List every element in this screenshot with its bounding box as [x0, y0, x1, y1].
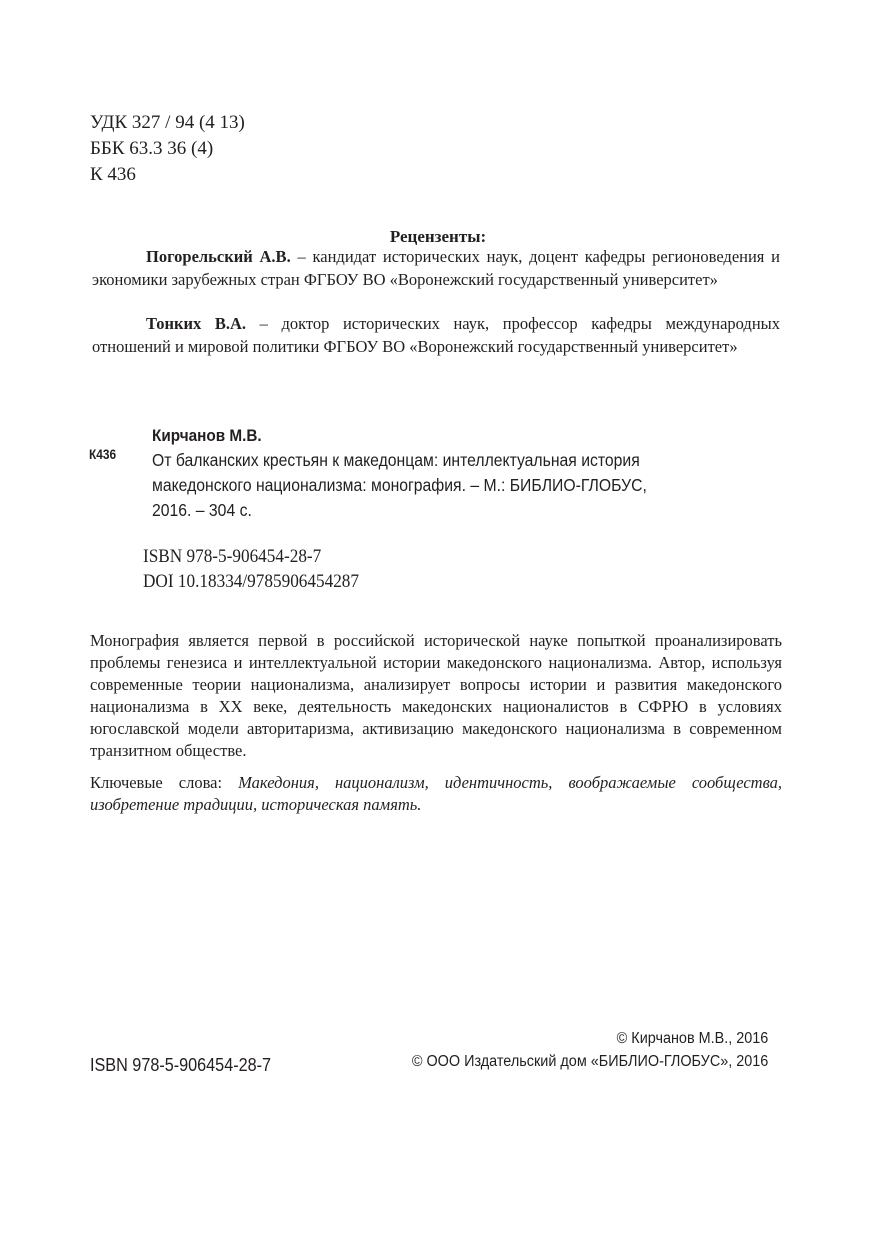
doi: DOI 10.18334/9785906454287: [143, 570, 359, 595]
classification-codes: УДК 327 / 94 (4 13) ББК 63.3 36 (4) К 43…: [90, 110, 245, 188]
reviewers-title: Рецензенты:: [0, 226, 876, 248]
reviewer-name: Тонких В.А.: [146, 314, 246, 333]
book-author: Кирчанов М.В.: [152, 424, 262, 448]
copyright-line: © ООО Издательский дом «БИБЛИО-ГЛОБУС», …: [412, 1050, 768, 1073]
isbn: ISBN 978-5-906454-28-7: [143, 545, 359, 570]
copyright-block: © Кирчанов М.В., 2016 © ООО Издательский…: [412, 1027, 768, 1073]
footer-isbn: ISBN 978-5-906454-28-7: [90, 1055, 271, 1076]
author-sign: К 436: [90, 162, 245, 188]
reviewer-name: Погорельский А.В.: [146, 247, 291, 266]
keywords: Ключевые слова: Македония, национализм, …: [90, 772, 782, 816]
bib-line: македонского национализма: монография. –…: [152, 473, 710, 498]
abstract: Монография является первой в российской …: [90, 630, 782, 762]
bbk-code: ББК 63.3 36 (4): [90, 136, 245, 162]
identifiers: ISBN 978-5-906454-28-7 DOI 10.18334/9785…: [143, 545, 359, 595]
bib-line: 2016. – 304 с.: [152, 498, 710, 523]
bib-line: От балканских крестьян к македонцам: инт…: [152, 448, 710, 473]
library-index: К436: [89, 446, 116, 462]
copyright-line: © Кирчанов М.В., 2016: [412, 1027, 768, 1050]
reviewer-entry: Погорельский А.В. – кандидат исторически…: [92, 246, 780, 291]
keywords-label: Ключевые слова:: [90, 773, 238, 792]
udk-code: УДК 327 / 94 (4 13): [90, 110, 245, 136]
bibliographic-description: От балканских крестьян к македонцам: инт…: [152, 448, 710, 523]
reviewer-entry: Тонких В.А. – доктор исторических наук, …: [92, 313, 780, 358]
